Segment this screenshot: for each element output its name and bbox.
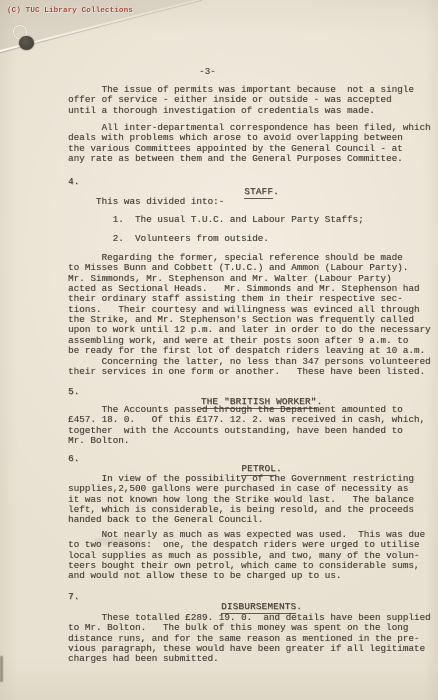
paragraph-petrol-supplies: In view of the possibility of the Govern… bbox=[68, 474, 414, 526]
paragraph-permits: The issue of permits was important becau… bbox=[68, 85, 414, 116]
section-number: 4. bbox=[68, 177, 80, 187]
page-number: -3- bbox=[199, 67, 216, 77]
hole-punch-icon bbox=[19, 36, 34, 50]
staff-list-item-2: 2. Volunteers from outside. bbox=[68, 234, 269, 244]
staff-lead-line: This was divided into:- bbox=[68, 197, 224, 207]
section-title-text: STAFF bbox=[244, 186, 273, 199]
section-title-period: . bbox=[296, 601, 302, 612]
section-number: 5. bbox=[68, 387, 80, 397]
paragraph-staff-regarding: Regarding the former, special reference … bbox=[68, 253, 431, 356]
section-number: 6. bbox=[68, 454, 80, 464]
section-title-period: . bbox=[273, 186, 279, 197]
library-stamp: (C) TUC Library Collections bbox=[7, 6, 133, 16]
scanned-document-page: (C) TUC Library Collections -3- The issu… bbox=[0, 0, 438, 700]
paragraph-staff-volunteers: Concerning the latter, no less than 347 … bbox=[68, 357, 431, 378]
paragraph-correspondence: All inter-departmental correspondence ha… bbox=[68, 123, 431, 164]
staff-list-item-1: 1. The usual T.U.C. and Labour Party Sta… bbox=[68, 215, 364, 225]
paragraph-accounts: The Accounts passed through the Departme… bbox=[68, 405, 425, 446]
paragraph-disbursements: These totalled £289. 19. 0. and details … bbox=[68, 613, 431, 665]
scan-edge-streak bbox=[0, 656, 3, 682]
section-number: 7. bbox=[68, 592, 80, 602]
paragraph-petrol-usage: Not nearly as much as was expected was u… bbox=[68, 530, 425, 582]
